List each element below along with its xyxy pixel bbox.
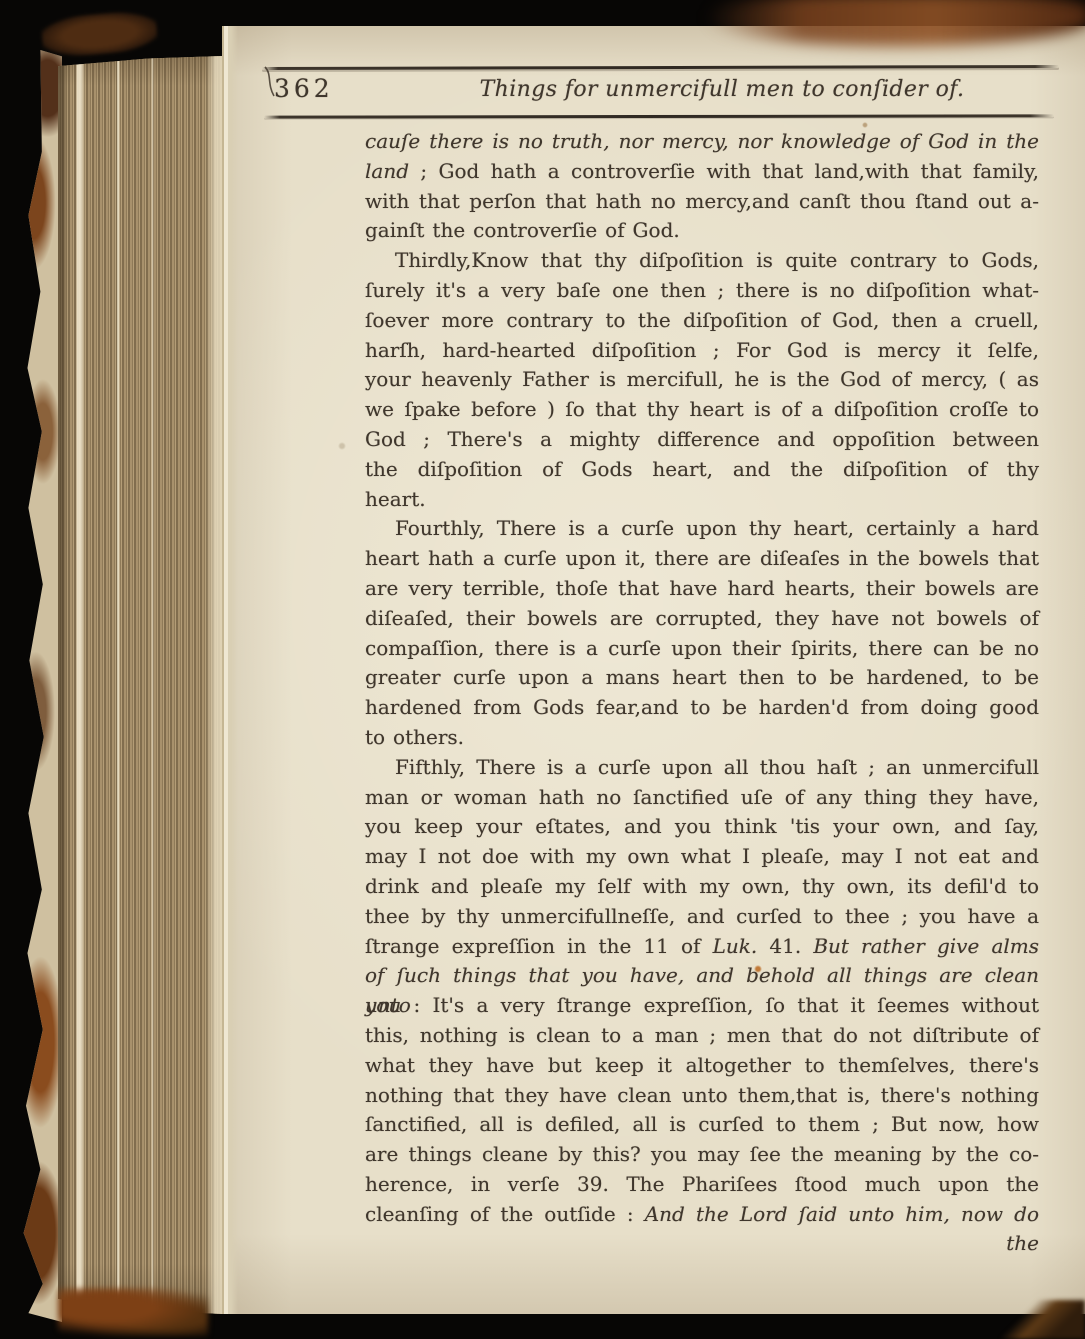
catchword: the <box>1006 1231 1039 1255</box>
text-line: your heavenly Father is mercifull, he is… <box>365 365 1039 395</box>
running-header: Things for unmercifull men to conſider o… <box>392 76 1052 104</box>
roman-text: cleanſing of the outſide : <box>365 1202 645 1226</box>
text-line: to others. <box>365 723 1039 753</box>
text-line: herence, in verſe 39. The Phariſees ſtoo… <box>365 1170 1039 1200</box>
text-line: the diſpoſition of Gods heart, and the d… <box>365 455 1039 485</box>
text-line: greater curſe upon a mans heart then to … <box>365 663 1039 693</box>
roman-text: man or woman hath no ſanctified uſe of a… <box>365 785 1039 809</box>
roman-text: heart hath a curſe upon it, there are di… <box>365 546 1039 570</box>
book-page: 362 Things for unmercifull men to conſid… <box>222 26 1085 1314</box>
text-line: man or woman hath no ſanctified uſe of a… <box>365 783 1039 813</box>
roman-text: you keep your eſtates, and you think 'ti… <box>365 814 1039 838</box>
text-line: gainſt the controverſie of God. <box>365 216 1039 246</box>
text-line: we ſpake before ) ſo that thy heart is o… <box>365 395 1039 425</box>
roman-text: your heavenly Father is mercifull, he is… <box>365 367 1039 391</box>
text-line: land ; God hath a controverſie with that… <box>365 157 1039 187</box>
text-line: are very terrible, thoſe that have hard … <box>365 574 1039 604</box>
roman-text: this, nothing is clean to a man ; men th… <box>365 1023 1039 1047</box>
text-line: ſtrange expreſſion in the 11 of Luk. 41.… <box>365 932 1039 962</box>
roman-text: what they have but keep it altogether to… <box>365 1053 1039 1077</box>
text-line: heart. <box>365 485 1039 515</box>
roman-text: are things cleane by this? you may ſee t… <box>365 1142 1039 1166</box>
roman-text: : It's a very ſtrange expreſſion, ſo tha… <box>401 993 1039 1017</box>
roman-text: diſeaſed, their bowels are corrupted, th… <box>365 606 1039 630</box>
page-fore-edge-stack <box>58 56 222 1314</box>
roman-text: harſh, hard-hearted diſpoſition ; For Go… <box>365 338 1039 362</box>
roman-text: Fourthly, There is a curſe upon thy hear… <box>395 516 1039 540</box>
photographed-book-screen: 362 Things for unmercifull men to conſid… <box>0 0 1085 1339</box>
roman-text: gainſt the controverſie of God. <box>365 218 680 242</box>
roman-text: 41. <box>757 934 813 958</box>
text-line: ſoever more contrary to the diſpoſition … <box>365 306 1039 336</box>
header-rule-bottom <box>264 114 1054 118</box>
text-block: cauſe there is no truth, nor mercy, nor … <box>365 127 1039 1259</box>
text-line: cleanſing of the outſide : And the Lord … <box>365 1200 1039 1230</box>
binding-corner-fragment <box>40 9 158 59</box>
roman-text: ſanctified, all is defiled, all is curſe… <box>365 1112 1039 1136</box>
roman-text: herence, in verſe 39. The Phariſees ſtoo… <box>365 1172 1039 1196</box>
roman-text: heart. <box>365 487 426 511</box>
italic-text: But rather give alms <box>813 934 1039 958</box>
text-line: with that perſon that hath no mercy,and … <box>365 187 1039 217</box>
text-line: compaſſion, there is a curſe upon their … <box>365 634 1039 664</box>
page-number: 362 <box>274 74 334 104</box>
text-line: drink and pleaſe my ſelf with my own, th… <box>365 872 1039 902</box>
roman-text: hardened from Gods fear,and to be harden… <box>365 695 1039 719</box>
roman-text: nothing that they have clean unto them,t… <box>365 1083 1039 1107</box>
text-line: you keep your eſtates, and you think 'ti… <box>365 812 1039 842</box>
roman-text: ; God hath a controverſie with that land… <box>409 159 1039 183</box>
binding-fragment-bottom-right <box>980 1300 1085 1339</box>
roman-text: Fifthly, There is a curſe upon all thou … <box>395 755 1039 779</box>
italic-text: And the Lord ſaid unto him, now do <box>645 1202 1039 1226</box>
text-line: harſh, hard-hearted diſpoſition ; For Go… <box>365 336 1039 366</box>
text-line: nothing that they have clean unto them,t… <box>365 1081 1039 1111</box>
text-line: Fourthly, There is a curſe upon thy hear… <box>365 514 1039 544</box>
text-line: heart hath a curſe upon it, there are di… <box>365 544 1039 574</box>
roman-text: with that perſon that hath no mercy,and … <box>365 189 1039 213</box>
roman-text: drink and pleaſe my ſelf with my own, th… <box>365 874 1039 898</box>
italic-text: Luk. <box>713 934 758 958</box>
binding-fragment-bottom-left <box>58 1288 208 1336</box>
binding-board-edge <box>14 50 62 1322</box>
text-line: this, nothing is clean to a man ; men th… <box>365 1021 1039 1051</box>
text-line: God ; There's a mighty difference and op… <box>365 425 1039 455</box>
header-rule-top <box>262 65 1059 70</box>
roman-text: compaſſion, there is a curſe upon their … <box>365 636 1039 660</box>
catchword-line: the <box>365 1229 1039 1259</box>
roman-text: ſurely it's a very baſe one then ; there… <box>365 278 1039 302</box>
roman-text: the diſpoſition of Gods heart, and the d… <box>365 457 1039 481</box>
roman-text: thee by thy unmercifullneſſe, and curſed… <box>365 904 1039 928</box>
roman-text: Thirdly,Know that thy diſpoſition is qui… <box>395 248 1039 272</box>
roman-text: greater curſe upon a mans heart then to … <box>365 665 1039 689</box>
text-line: are things cleane by this? you may ſee t… <box>365 1140 1039 1170</box>
italic-text: land <box>365 159 409 183</box>
roman-text: ſoever more contrary to the diſpoſition … <box>365 308 1039 332</box>
roman-text: to others. <box>365 725 464 749</box>
text-line: may I not doe with my own what I pleaſe,… <box>365 842 1039 872</box>
text-line: what they have but keep it altogether to… <box>365 1051 1039 1081</box>
italic-text: cauſe there is no truth, nor mercy, nor … <box>365 129 1039 153</box>
roman-text: we ſpake before ) ſo that thy heart is o… <box>365 397 1039 421</box>
text-line: ſurely it's a very baſe one then ; there… <box>365 276 1039 306</box>
text-line: cauſe there is no truth, nor mercy, nor … <box>365 127 1039 157</box>
italic-text: you <box>365 993 401 1017</box>
roman-text: God ; There's a mighty difference and op… <box>365 427 1039 451</box>
roman-text: ſtrange expreſſion in the 11 of <box>365 934 713 958</box>
roman-text: are very terrible, thoſe that have hard … <box>365 576 1039 600</box>
text-line: diſeaſed, their bowels are corrupted, th… <box>365 604 1039 634</box>
text-line: ſanctified, all is defiled, all is curſe… <box>365 1110 1039 1140</box>
text-line: of ſuch things that you have, and behold… <box>365 961 1039 991</box>
text-line: Thirdly,Know that thy diſpoſition is qui… <box>365 246 1039 276</box>
text-line: Fifthly, There is a curſe upon all thou … <box>365 753 1039 783</box>
text-line: thee by thy unmercifullneſſe, and curſed… <box>365 902 1039 932</box>
text-line: you : It's a very ſtrange expreſſion, ſo… <box>365 991 1039 1021</box>
roman-text: may I not doe with my own what I pleaſe,… <box>365 844 1039 868</box>
text-line: hardened from Gods fear,and to be harden… <box>365 693 1039 723</box>
